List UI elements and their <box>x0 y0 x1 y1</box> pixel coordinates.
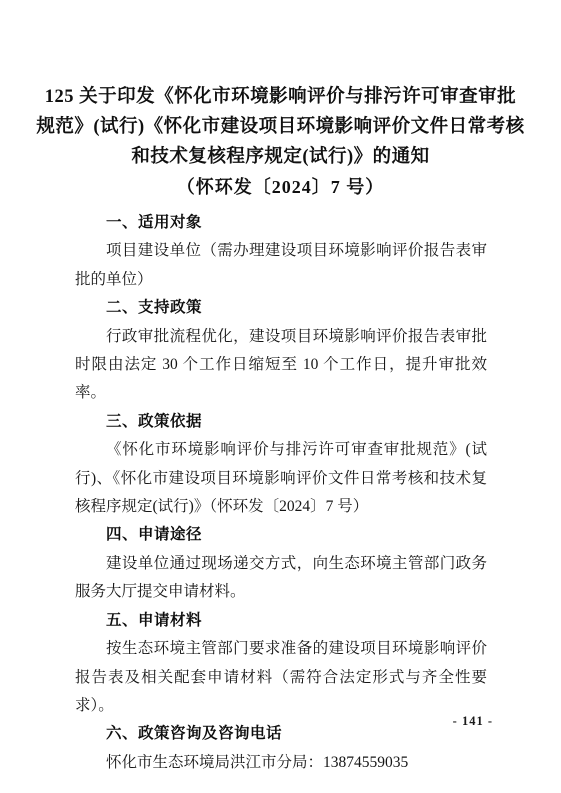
section-body: 项目建设单位（需办理建设项目环境影响评价报告表审批的单位） <box>75 237 487 294</box>
section-support-policy: 二、支持政策 行政审批流程优化，建设项目环境影响评价报告表审批时限由法定 30 … <box>75 294 487 408</box>
section-heading: 一、适用对象 <box>75 209 487 237</box>
section-consultation-phone: 六、政策咨询及咨询电话 怀化市生态环境局洪江市分局：13874559035 <box>75 720 487 777</box>
title-line: 和技术复核程序规定(试行)》的通知 <box>0 142 561 172</box>
section-application-materials: 五、申请材料 按生态环境主管部门要求准备的建设项目环境影响评价报告表及相关配套申… <box>75 607 487 721</box>
section-body: 行政审批流程优化，建设项目环境影响评价报告表审批时限由法定 30 个工作日缩短至… <box>75 323 487 408</box>
section-application-channel: 四、申请途径 建设单位通过现场递交方式，向生态环境主管部门政务服务大厅提交申请材… <box>75 521 487 606</box>
section-body: 建设单位通过现场递交方式，向生态环境主管部门政务服务大厅提交申请材料。 <box>75 550 487 607</box>
document-body: 一、适用对象 项目建设单位（需办理建设项目环境影响评价报告表审批的单位） 二、支… <box>75 209 487 777</box>
section-heading: 四、申请途径 <box>75 521 487 549</box>
section-heading: 二、支持政策 <box>75 294 487 322</box>
title-line: 125 关于印发《怀化市环境影响评价与排污许可审查审批 <box>0 82 561 112</box>
section-heading: 六、政策咨询及咨询电话 <box>75 720 487 748</box>
section-policy-basis: 三、政策依据 《怀化市环境影响评价与排污许可审查审批规范》(试行)、《怀化市建设… <box>75 408 487 522</box>
section-applicable-targets: 一、适用对象 项目建设单位（需办理建设项目环境影响评价报告表审批的单位） <box>75 209 487 294</box>
doc-number: （怀环发〔2024〕7 号） <box>0 172 561 202</box>
section-body: 《怀化市环境影响评价与排污许可审查审批规范》(试行)、《怀化市建设项目环境影响评… <box>75 436 487 521</box>
document-page: 125 关于印发《怀化市环境影响评价与排污许可审查审批 规范》(试行)《怀化市建… <box>0 0 561 793</box>
section-heading: 三、政策依据 <box>75 408 487 436</box>
section-body: 按生态环境主管部门要求准备的建设项目环境影响评价报告表及相关配套申请材料（需符合… <box>75 635 487 720</box>
section-heading: 五、申请材料 <box>75 607 487 635</box>
section-body: 怀化市生态环境局洪江市分局：13874559035 <box>75 749 487 777</box>
document-title: 125 关于印发《怀化市环境影响评价与排污许可审查审批 规范》(试行)《怀化市建… <box>0 0 561 202</box>
title-line: 规范》(试行)《怀化市建设项目环境影响评价文件日常考核 <box>0 112 561 142</box>
page-number: - 141 - <box>453 714 493 729</box>
